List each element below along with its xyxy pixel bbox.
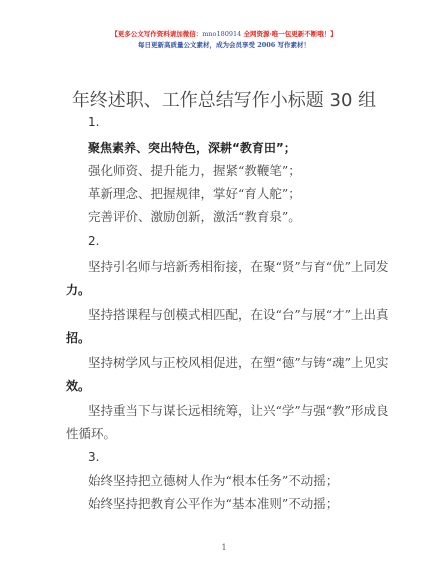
section-2-line-4: 招。 <box>66 329 90 346</box>
section-3-number: 3. <box>88 450 99 464</box>
section-2-line-2: 力。 <box>66 281 90 298</box>
section-3-line-1: 始终坚持把立德树人作为“根本任务”不动摇； <box>88 471 338 489</box>
section-2-line-7: 坚持重当下与谋长远相统筹，让兴“学”与强“教”形成良 <box>88 401 389 419</box>
section-2-line-8: 性循环。 <box>66 424 116 442</box>
section-3-line-2: 始终坚持把教育公平作为“基本准则”不动摇； <box>88 494 338 512</box>
promo-banner-blue: 每日更新高质量公文素材，成为会员享受 2006 写作素材！ <box>0 40 448 49</box>
section-1-line-4: 完善评价、激励创新，激活“教育泉”。 <box>88 207 301 225</box>
document-title: 年终述职、工作总结写作小标题 30 组 <box>0 86 448 112</box>
promo-banner-red: 【更多公文写作资料请加微信：mno180914 全网资源·唯一包更新不断哦！】 <box>0 29 448 38</box>
banner-suffix: 全网资源·唯一包更新不断哦！】 <box>241 30 337 38</box>
section-2-line-1: 坚持引名师与培新秀相衔接，在聚“贤”与育“优”上同发 <box>88 257 389 275</box>
section-1-line-2: 强化师资、提升能力，握紧“教鞭笔”； <box>88 161 301 179</box>
section-1-number: 1. <box>88 115 99 129</box>
section-2-line-5: 坚持树学风与正校风相促进，在塑“德”与铸“魂”上见实 <box>88 353 389 371</box>
section-2-line-6: 效。 <box>66 377 90 394</box>
section-1-line-1: 聚焦素养、突出特色，深耕“教育田”； <box>88 139 296 156</box>
banner-prefix: 【更多公文写作资料请加微信： <box>111 30 202 38</box>
page-number: 1 <box>0 543 448 552</box>
section-2-line-3: 坚持搭课程与创模式相匹配，在设“台”与展“才”上出真 <box>88 305 389 323</box>
section-1-line-3: 革新理念、把握规律，掌好“育人舵”； <box>88 184 301 202</box>
banner-wechat-id: mno180914 <box>202 30 241 38</box>
section-2-number: 2. <box>88 234 99 248</box>
